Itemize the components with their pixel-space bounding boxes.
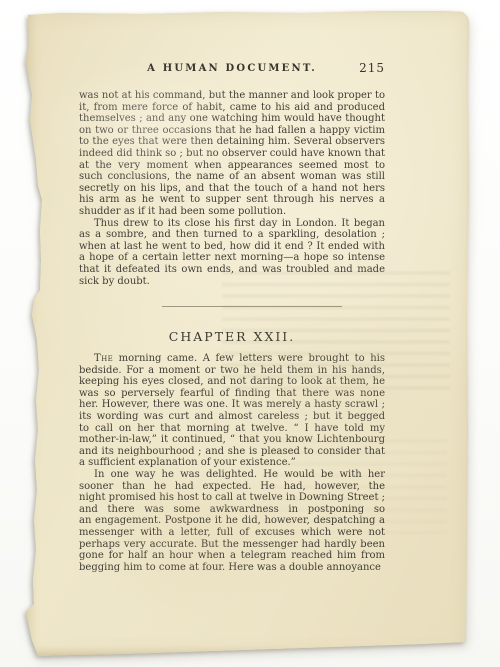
running-title: A HUMAN DOCUMENT. <box>79 63 385 74</box>
text-line: mother-in-law,” it continued, “ that you… <box>79 434 385 446</box>
text-line: and there was some awkwardness in postpo… <box>79 504 385 516</box>
paper-sheet: A HUMAN DOCUMENT. 215 was not at his com… <box>22 9 470 657</box>
section-divider-rule <box>162 306 342 307</box>
text-line: a sufficient explanation of your existen… <box>79 457 385 469</box>
text-line: indeed did think so ; but no observer co… <box>79 148 385 160</box>
text-line: as a sombre, and then turned to a sparkl… <box>79 229 385 241</box>
text-line: that it defeated its own ends, and was t… <box>79 264 385 276</box>
text-line: was not at his command, but the manner a… <box>79 90 385 102</box>
text-line: sooner than he had expected. He had, how… <box>79 481 385 493</box>
text-line: and its neighbourhood ; and she is pleas… <box>79 446 385 458</box>
text-line: to call on her that morning at twelve. “… <box>79 423 385 435</box>
text-block-upper: was not at his command, but the manner a… <box>79 90 385 287</box>
text-line: messenger with a letter, full of excuses… <box>79 527 385 539</box>
text-line: begging him to come at four. Here was a … <box>79 562 385 574</box>
text-line: to the eyes that were then detaining him… <box>79 136 385 148</box>
text-line: themselves ; and any one watching him wo… <box>79 113 385 125</box>
text-line: on two or three occasions that he had fa… <box>79 125 385 137</box>
text-line: when at last he went to bed, how did it … <box>79 241 385 253</box>
text-line: night promised his host to call at twelv… <box>79 492 385 504</box>
text-line: was so perversely fearful of finding tha… <box>79 388 385 400</box>
text-line: bedside. For a moment or two he held the… <box>79 365 385 377</box>
text-line: perhaps very accurate. But the messenger… <box>79 539 385 551</box>
text-line: The morning came. A few letters were bro… <box>79 353 385 365</box>
text-line: his arm as he went to supper sent throug… <box>79 194 385 206</box>
text-line: an engagement. Postpone it he did, howev… <box>79 515 385 527</box>
text-line: it, from mere force of habit, came to hi… <box>79 102 385 114</box>
text-line: secretly on his lips, and that the touch… <box>79 183 385 195</box>
text-line: gone for half an hour when a telegram re… <box>79 550 385 562</box>
text-line: shudder as if it had been some pollution… <box>79 206 385 218</box>
book-page: A HUMAN DOCUMENT. 215 was not at his com… <box>22 9 470 657</box>
text-line: In one way he was delighted. He would be… <box>79 469 385 481</box>
scan-background: A HUMAN DOCUMENT. 215 was not at his com… <box>0 0 500 667</box>
smallcaps-lead: The <box>94 353 113 364</box>
text-line: keeping his eyes closed, and not daring … <box>79 376 385 388</box>
text-line: such conclusions, the name of an absent … <box>79 171 385 183</box>
text-line: its wording was curt and almost careless… <box>79 411 385 423</box>
page-number: 215 <box>359 61 385 75</box>
text-line: a hope of a certain letter next morning—… <box>79 252 385 264</box>
text-line: sick by doubt. <box>79 276 385 288</box>
text-block-lower: The morning came. A few letters were bro… <box>79 353 385 573</box>
text-line: Thus drew to its close his first day in … <box>79 218 385 230</box>
chapter-heading: CHAPTER XXII. <box>79 329 385 344</box>
text-line: her. However, there was one. It was mere… <box>79 399 385 411</box>
text-line: at the very moment when appearances seem… <box>79 160 385 172</box>
running-head: A HUMAN DOCUMENT. 215 <box>79 63 385 77</box>
